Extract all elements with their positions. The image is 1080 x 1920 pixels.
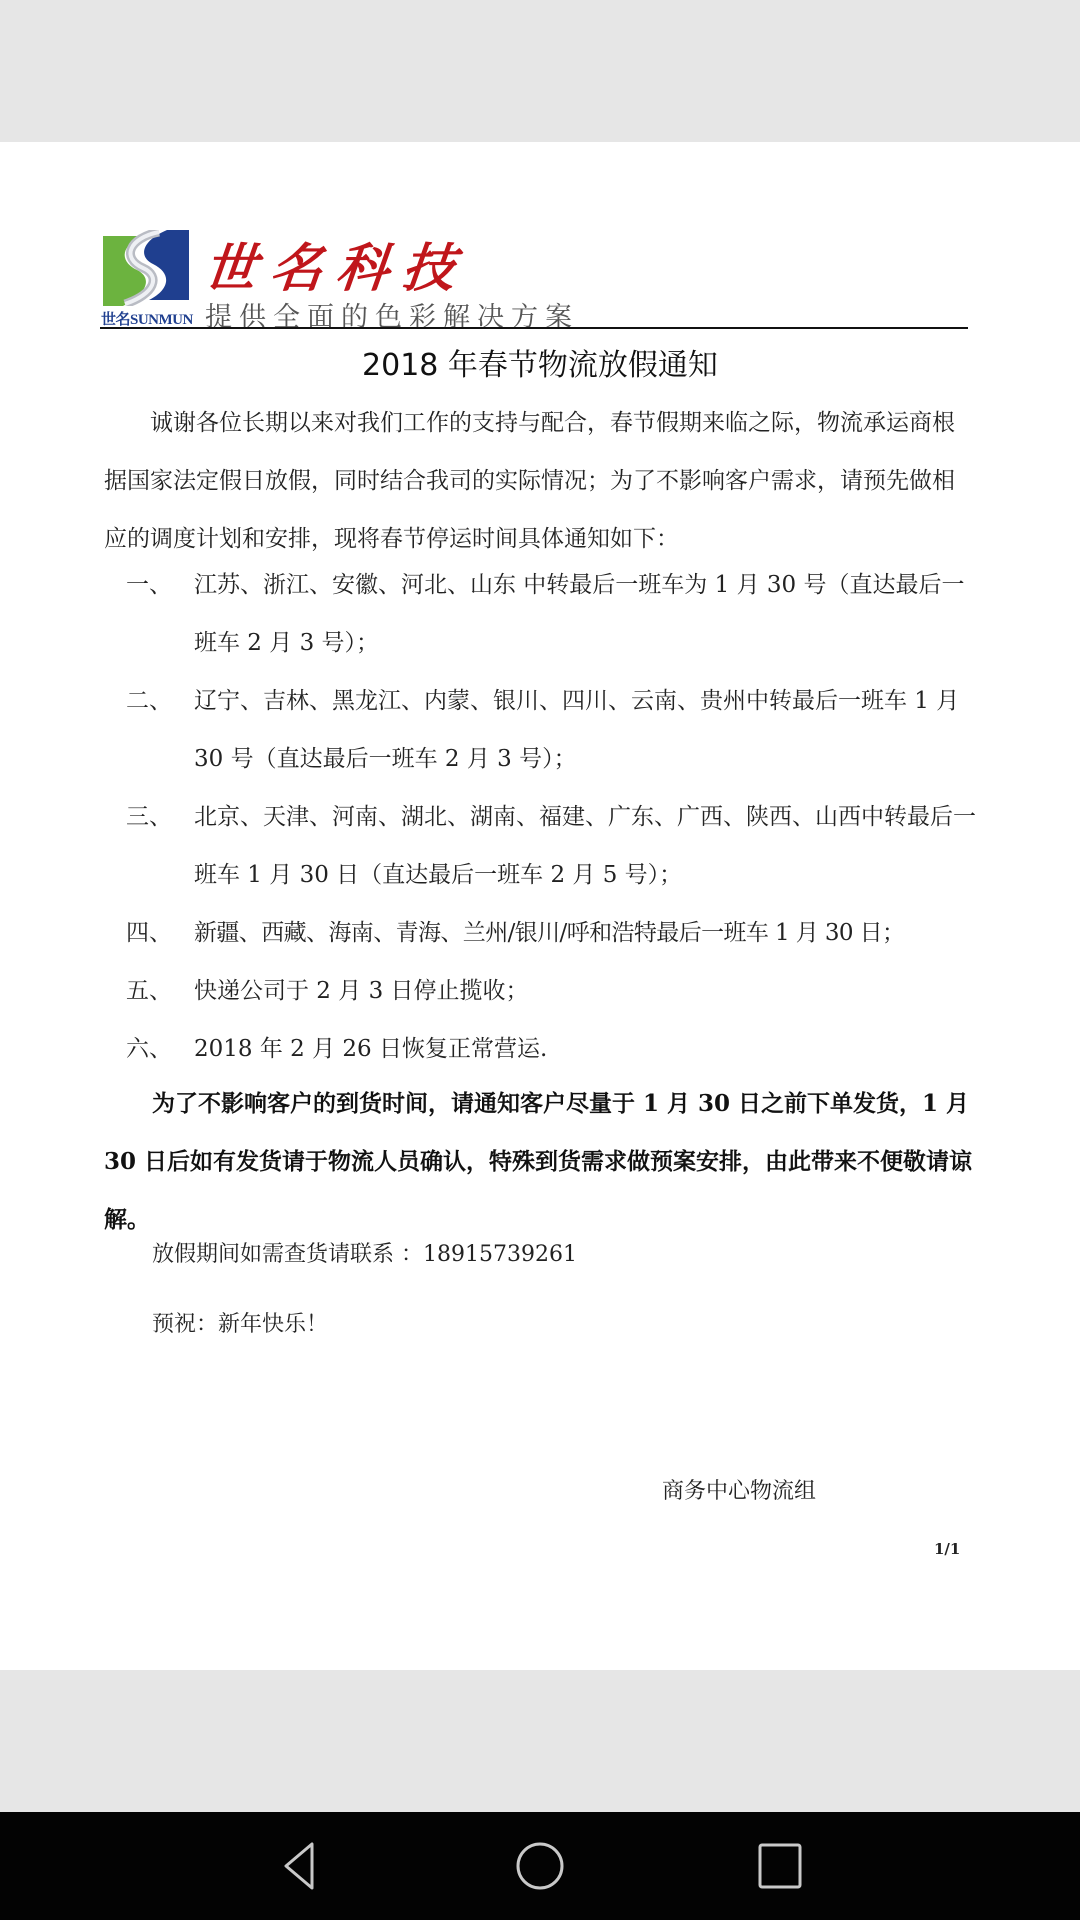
list-item: 四、 新疆、西藏、海南、青海、兰州/银川/呼和浩特最后一班车 1 月 30 日； [126,904,976,962]
greeting-line: 预祝：新年快乐！ [152,1307,328,1338]
logo-subtitle: 世名SUNMUN [101,308,193,329]
list-number: 五、 [126,962,194,1020]
page-number: 1/1 [934,1540,960,1558]
contact-line: 放假期间如需查货请联系 ：18915739261 [152,1237,577,1268]
list-number: 三、 [126,788,194,904]
list-number: 二、 [126,672,194,788]
home-icon [514,1840,566,1892]
viewer-top-margin [0,0,1080,142]
recent-apps-button[interactable] [748,1838,812,1894]
list-item: 六、 2018 年 2 月 26 日恢复正常营运. [126,1020,976,1078]
list-text: 2018 年 2 月 26 日恢复正常营运. [194,1020,976,1078]
recent-apps-icon [756,1840,804,1892]
intro-paragraph: 诚谢各位长期以来对我们工作的支持与配合，春节假期来临之际，物流承运商根据国家法定… [104,394,974,568]
header-divider [100,327,968,329]
brand-name: 世名科技 [201,226,473,301]
list-text: 新疆、西藏、海南、青海、兰州/银川/呼和浩特最后一班车 1 月 30 日； [194,904,976,962]
back-button[interactable] [268,1838,332,1894]
list-item: 三、 北京、天津、河南、湖北、湖南、福建、广东、广西、陕西、山西中转最后一班车 … [126,788,976,904]
list-text: 江苏、浙江、安徽、河北、山东 中转最后一班车为 1 月 30 号（直达最后一班车… [194,556,976,672]
list-text: 辽宁、吉林、黑龙江、内蒙、银川、四川、云南、贵州中转最后一班车 1 月 30 号… [194,672,976,788]
document-title: 2018 年春节物流放假通知 [0,340,1080,384]
list-number: 六、 [126,1020,194,1078]
list-item: 五、 快递公司于 2 月 3 日停止揽收； [126,962,976,1020]
signature: 商务中心物流组 [662,1474,816,1505]
list-number: 一、 [126,556,194,672]
schedule-list: 一、 江苏、浙江、安徽、河北、山东 中转最后一班车为 1 月 30 号（直达最后… [126,556,976,1078]
list-number: 四、 [126,904,194,962]
list-text: 北京、天津、河南、湖北、湖南、福建、广东、广西、陕西、山西中转最后一班车 1 月… [194,788,976,904]
list-item: 二、 辽宁、吉林、黑龙江、内蒙、银川、四川、云南、贵州中转最后一班车 1 月 3… [126,672,976,788]
viewer-bottom-margin [0,1670,1080,1812]
list-item: 一、 江苏、浙江、安徽、河北、山东 中转最后一班车为 1 月 30 号（直达最后… [126,556,976,672]
home-button[interactable] [508,1838,572,1894]
bold-notice-paragraph: 为了不影响客户的到货时间，请通知客户尽量于 1 月 30 日之前下单发货，1 月… [104,1075,974,1249]
list-text: 快递公司于 2 月 3 日停止揽收； [194,962,976,1020]
back-icon [280,1840,320,1892]
sunmun-logo-icon [103,230,189,306]
